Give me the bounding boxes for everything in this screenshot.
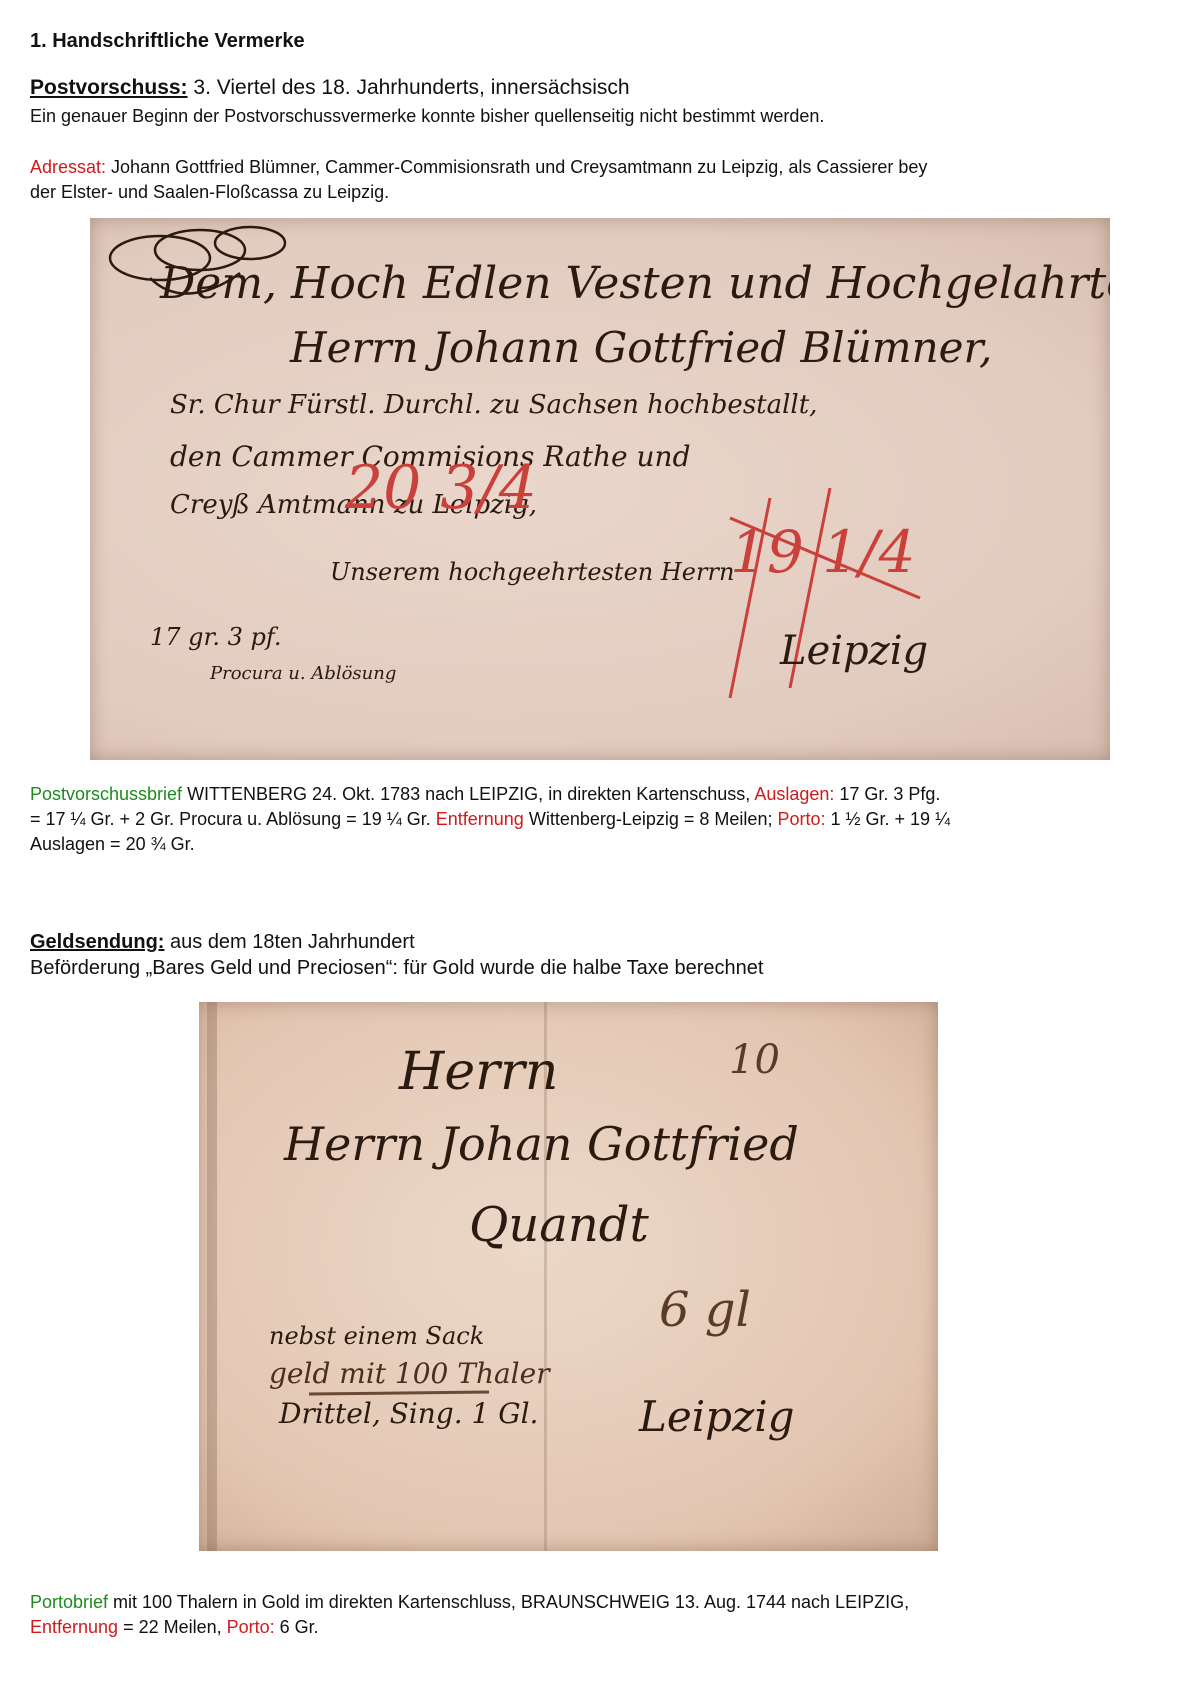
script-line-9: Procura u. Ablösung bbox=[210, 663, 396, 684]
entfernung-label: Entfernung bbox=[436, 809, 524, 829]
caption-text: = 17 ¼ Gr. + 2 Gr. Procura u. Ablösung =… bbox=[30, 809, 436, 829]
script-line-6: Unserem hochgeehrtesten Herrn bbox=[330, 558, 734, 586]
porto-label: Porto: bbox=[227, 1617, 275, 1637]
postvorschuss-subtitle: 3. Viertel des 18. Jahrhunderts, innersä… bbox=[188, 76, 630, 99]
auslagen-label: Auslagen: bbox=[754, 784, 834, 804]
underline-stroke-icon bbox=[199, 1002, 938, 1551]
adressat-text-2: der Elster- und Saalen-Floßcassa zu Leip… bbox=[30, 180, 1180, 205]
caption-text: 6 Gr. bbox=[275, 1617, 319, 1637]
porto-label: Porto: bbox=[777, 809, 825, 829]
section-title: 1. Handschriftliche Vermerke bbox=[30, 30, 305, 53]
caption-text: mit 100 Thalern in Gold im direkten Kart… bbox=[108, 1592, 909, 1612]
postvorschuss-label: Postvorschuss: bbox=[30, 76, 188, 99]
geldsendung-subtitle: aus dem 18ten Jahrhundert bbox=[164, 931, 414, 953]
caption-text: = 22 Meilen, bbox=[118, 1617, 227, 1637]
postvorschuss-caption: Postvorschussbrief WITTENBERG 24. Okt. 1… bbox=[30, 782, 1190, 857]
caption-text: Wittenberg-Leipzig = 8 Meilen; bbox=[524, 809, 778, 829]
letter-image-postvorschussbrief: Dem, Hoch Edlen Vesten und Hochgelahrten… bbox=[90, 218, 1110, 760]
script-line-1: Dem, Hoch Edlen Vesten und Hochgelahrten bbox=[160, 258, 1110, 309]
geldsendung-heading: Geldsendung: aus dem 18ten Jahrhundert bbox=[30, 930, 415, 954]
script-line-7: Leipzig bbox=[780, 628, 928, 674]
adressat-label: Adressat: bbox=[30, 157, 106, 177]
caption-text: 1 ½ Gr. + 19 ¼ bbox=[826, 809, 951, 829]
script-line-2: Herrn Johann Gottfried Blümner, bbox=[290, 323, 992, 372]
script-line-8: 17 gr. 3 pf. bbox=[150, 623, 282, 651]
letter-image-portobrief: Herrn 10 Herrn Johan Gottfried Quandt 6 … bbox=[199, 1002, 938, 1551]
postvorschuss-note: Ein genauer Beginn der Postvorschussverm… bbox=[30, 104, 824, 128]
adressat-text-1: Johann Gottfried Blümner, Cammer-Commisi… bbox=[106, 157, 927, 177]
geldsendung-label: Geldsendung: bbox=[30, 931, 164, 953]
geldsendung-caption: Portobrief mit 100 Thalern in Gold im di… bbox=[30, 1590, 1190, 1640]
postvorschuss-heading: Postvorschuss: 3. Viertel des 18. Jahrhu… bbox=[30, 76, 630, 100]
entfernung-label: Entfernung bbox=[30, 1617, 118, 1637]
geldsendung-note: Beförderung „Bares Geld und Preciosen“: … bbox=[30, 956, 763, 980]
caption-text: Auslagen = 20 ¾ Gr. bbox=[30, 832, 1190, 857]
caption-type-label: Postvorschussbrief bbox=[30, 784, 182, 804]
red-mark-auslagen: 19 1/4 bbox=[730, 518, 916, 586]
caption-text: 17 Gr. 3 Pfg. bbox=[834, 784, 940, 804]
caption-text: WITTENBERG 24. Okt. 1783 nach LEIPZIG, i… bbox=[182, 784, 754, 804]
red-mark-porto: 20 3/4 bbox=[345, 453, 537, 523]
caption-type-label: Portobrief bbox=[30, 1592, 108, 1612]
script-line-3: Sr. Chur Fürstl. Durchl. zu Sachsen hoch… bbox=[170, 390, 817, 420]
adressat-block: Adressat: Johann Gottfried Blümner, Camm… bbox=[30, 155, 1180, 205]
